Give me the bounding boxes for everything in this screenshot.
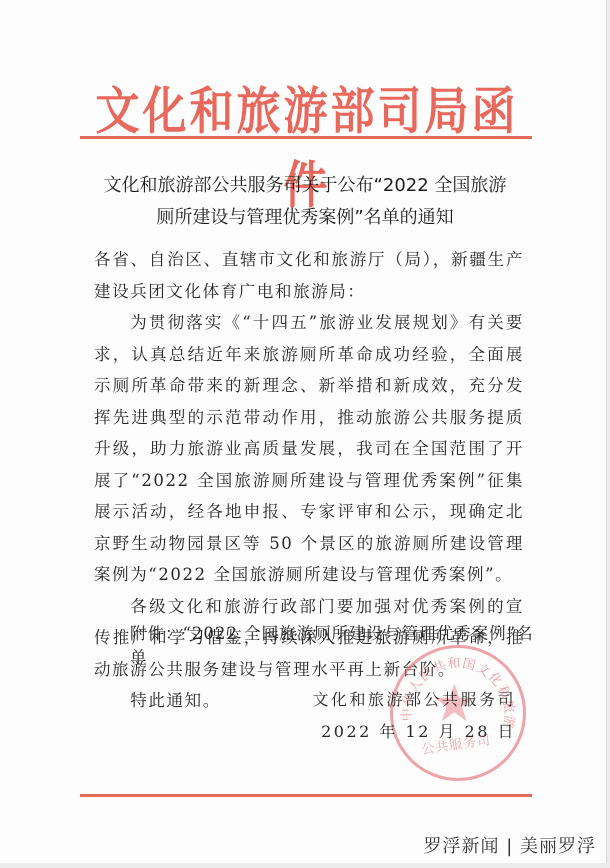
notice-heading-line2: 厕所建设与管理优秀案例”名单的通知: [60, 202, 550, 234]
letterhead-rule-top: [80, 136, 532, 139]
addressee: 各省、自治区、直辖市文化和旅游厅（局），新疆生产建设兵团文化体育广电和旅游局：: [94, 244, 524, 307]
issuer-name: 文化和旅游部公共服务司: [312, 684, 516, 716]
letterhead-rule-bottom: [80, 794, 532, 797]
signature-block: 文化和旅游部公共服务司 2022 年 12 月 28 日: [312, 684, 516, 748]
issue-date: 2022 年 12 月 28 日: [312, 716, 516, 748]
paragraph-1: 为贯彻落实《“十四五”旅游业发展规划》有关要求，认真总结近年来旅游厕所革命成功经…: [94, 307, 524, 591]
attachment-note: 附件：“2022 全国旅游厕所建设与管理优秀案例”名单: [130, 620, 550, 668]
notice-heading-line1: 文化和旅游部公共服务司关于公布“2022 全国旅游: [60, 170, 550, 202]
source-watermark: 罗浮新闻 | 美丽罗浮: [423, 832, 596, 858]
notice-heading: 文化和旅游部公共服务司关于公布“2022 全国旅游 厕所建设与管理优秀案例”名单…: [60, 170, 550, 234]
document-page: 文化和旅游部司局函件 文化和旅游部公共服务司关于公布“2022 全国旅游 厕所建…: [0, 0, 607, 863]
